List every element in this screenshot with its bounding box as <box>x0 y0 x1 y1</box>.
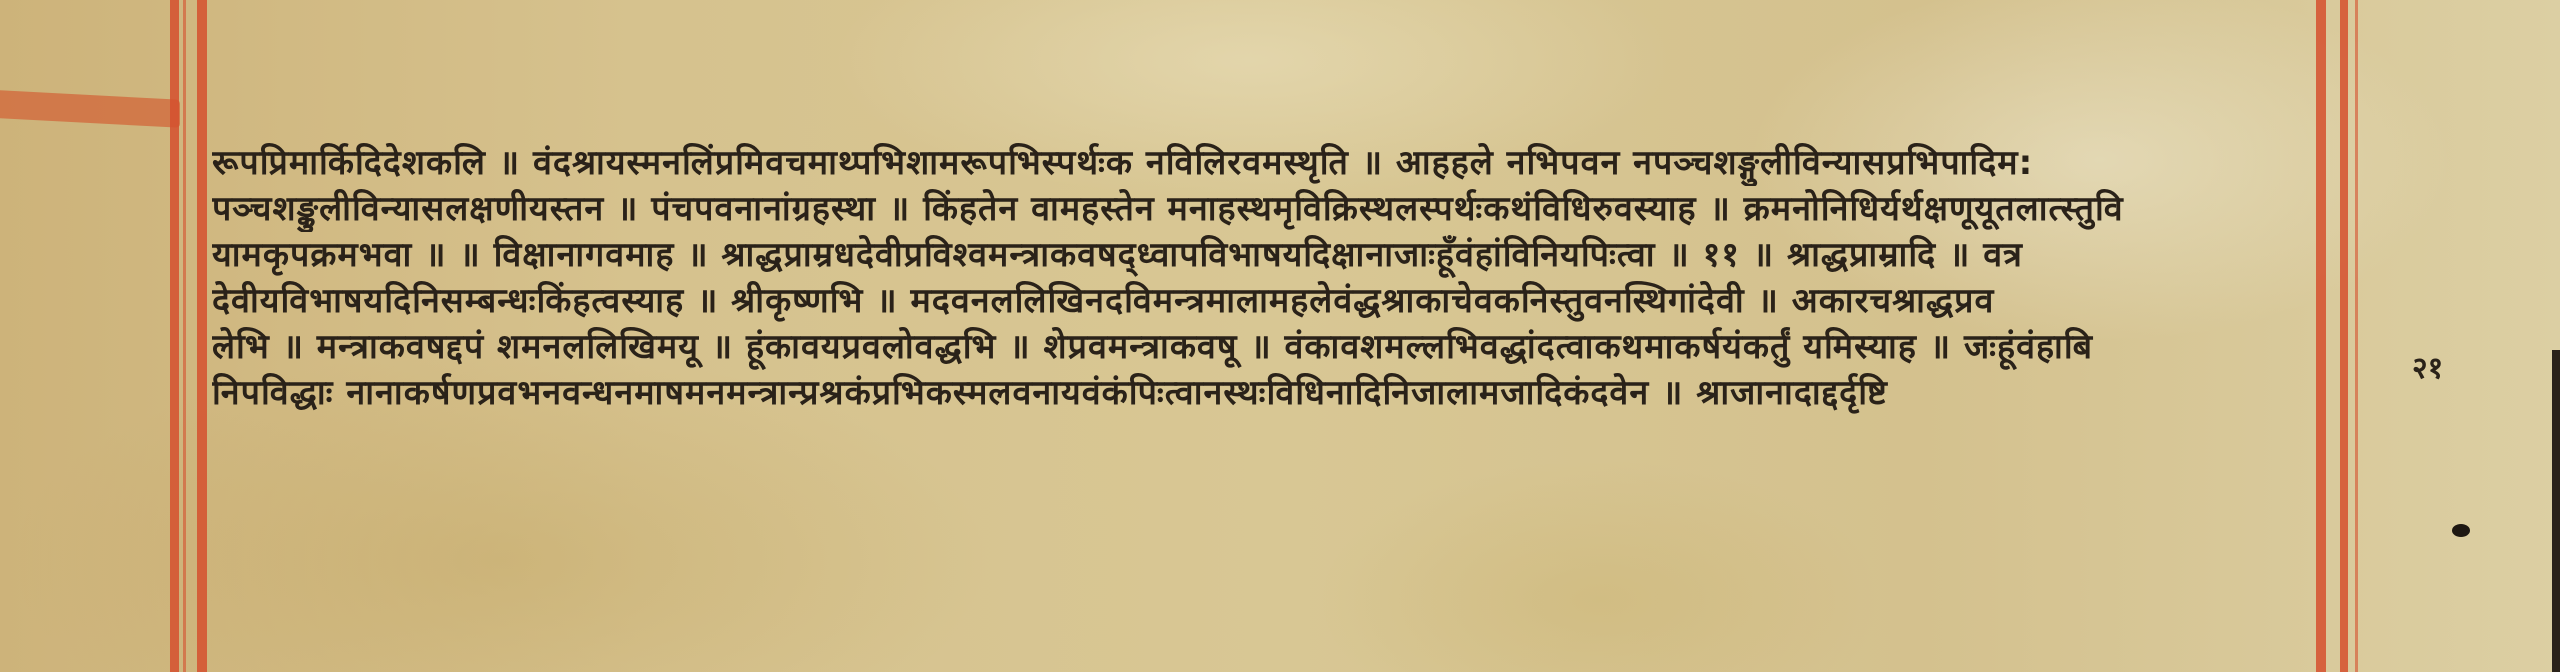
left-margin-rule <box>183 0 186 672</box>
right-margin-rule <box>2316 0 2326 672</box>
folio-number: २१ <box>2412 346 2443 387</box>
text-line: लेभि ॥ मन्त्राकवषद्दपं शमनललिखिमयू ॥ हूं… <box>212 324 2312 370</box>
text-line: रूपप्रिमार्किदिदेशकलि ॥ वंदश्रायस्मनलिंप… <box>212 140 2312 186</box>
binding-hole-dot <box>2452 524 2470 537</box>
page-edge <box>2552 350 2560 672</box>
text-line: पञ्चशङ्कुलीविन्यासलक्षणीयस्तन ॥ पंचपवनान… <box>212 186 2312 232</box>
red-margin-tab-stroke <box>0 90 180 127</box>
text-line: यामकृपक्रमभवा ॥ ॥ विक्षानागवमाह ॥ श्राद्… <box>212 232 2312 278</box>
left-margin-rule <box>197 0 207 672</box>
manuscript-text-block: रूपप्रिमार्किदिदेशकलि ॥ वंदश्रायस्मनलिंप… <box>212 140 2312 416</box>
right-margin-rule <box>2340 0 2348 672</box>
right-margin-rule <box>2355 0 2358 672</box>
text-line: निपविद्धाः नानाकर्षणप्रवभनवन्धनमाषमनमन्त… <box>212 370 2312 416</box>
left-margin-rule <box>170 0 179 672</box>
manuscript-folio: रूपप्रिमार्किदिदेशकलि ॥ वंदश्रायस्मनलिंप… <box>0 0 2560 672</box>
text-line: देवीयविभाषयदिनिसम्बन्धःकिंहत्वस्याह ॥ श्… <box>212 278 2312 324</box>
